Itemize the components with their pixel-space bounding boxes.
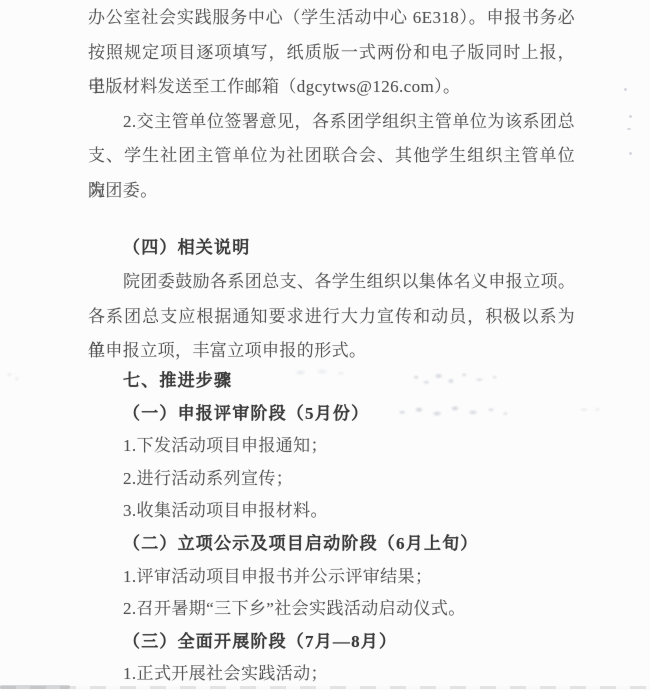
scan-edge-artifact: [0, 685, 70, 689]
doc-line: 2.进行活动系列宣传；: [88, 463, 575, 496]
doc-line: 1.评审活动项目申报书并公示评审结果；: [88, 561, 575, 594]
doc-heading-line: 七、推进步骤: [88, 365, 575, 398]
doc-line: 子版材料发送至工作邮箱（dgcytws@126.com）。: [88, 70, 575, 105]
doc-line: 各系团总支应根据通知要求进行大力宣传和动员，积极以系为单: [88, 300, 575, 335]
doc-heading-line: （一）申报评审阶段（5月份）: [88, 398, 575, 431]
doc-line: 2.召开暑期“三下乡”社会实践活动启动仪式。: [88, 593, 575, 626]
doc-line: 1.下发活动项目申报通知；: [88, 430, 575, 463]
doc-line: 院团委。: [88, 174, 575, 209]
document-text-block: 办公室社会实践服务中心（学生活动中心 6E318）。申报书务必 按照规定项目逐项…: [88, 1, 575, 690]
scan-speck: [629, 152, 632, 155]
ink-smudge: [575, 402, 605, 417]
doc-line: 院团委鼓励各系团总支、各学生组织以集体名义申报立项。: [88, 265, 575, 300]
scan-speck: [629, 115, 632, 118]
doc-line: 支、学生社团主管单位为社团联合会、其他学生组织主管单位为: [88, 139, 575, 174]
scan-speck: [624, 88, 627, 91]
doc-heading-line: （四）相关说明: [88, 231, 575, 266]
doc-line: 1.正式开展社会实践活动；: [88, 658, 575, 690]
scanned-document-page: 办公室社会实践服务中心（学生活动中心 6E318）。申报书务必 按照规定项目逐项…: [0, 0, 650, 690]
scan-speck: [627, 128, 631, 130]
doc-line: 办公室社会实践服务中心（学生活动中心 6E318）。申报书务必: [88, 1, 575, 36]
ink-smudge: [4, 369, 22, 383]
doc-line: 3.收集活动项目申报材料。: [88, 495, 575, 528]
doc-heading-line: （二）立项公示及项目启动阶段（6月上旬）: [88, 528, 575, 561]
doc-line: 位申报立项，丰富立项申报的形式。: [88, 334, 575, 369]
doc-line: 按照规定项目逐项填写，纸质版一式两份和电子版同时上报，电: [88, 36, 575, 71]
doc-heading-line: （三）全面开展阶段（7月—8月）: [88, 626, 575, 659]
doc-line: 2.交主管单位签署意见，各系团学组织主管单位为该系团总: [88, 105, 575, 140]
